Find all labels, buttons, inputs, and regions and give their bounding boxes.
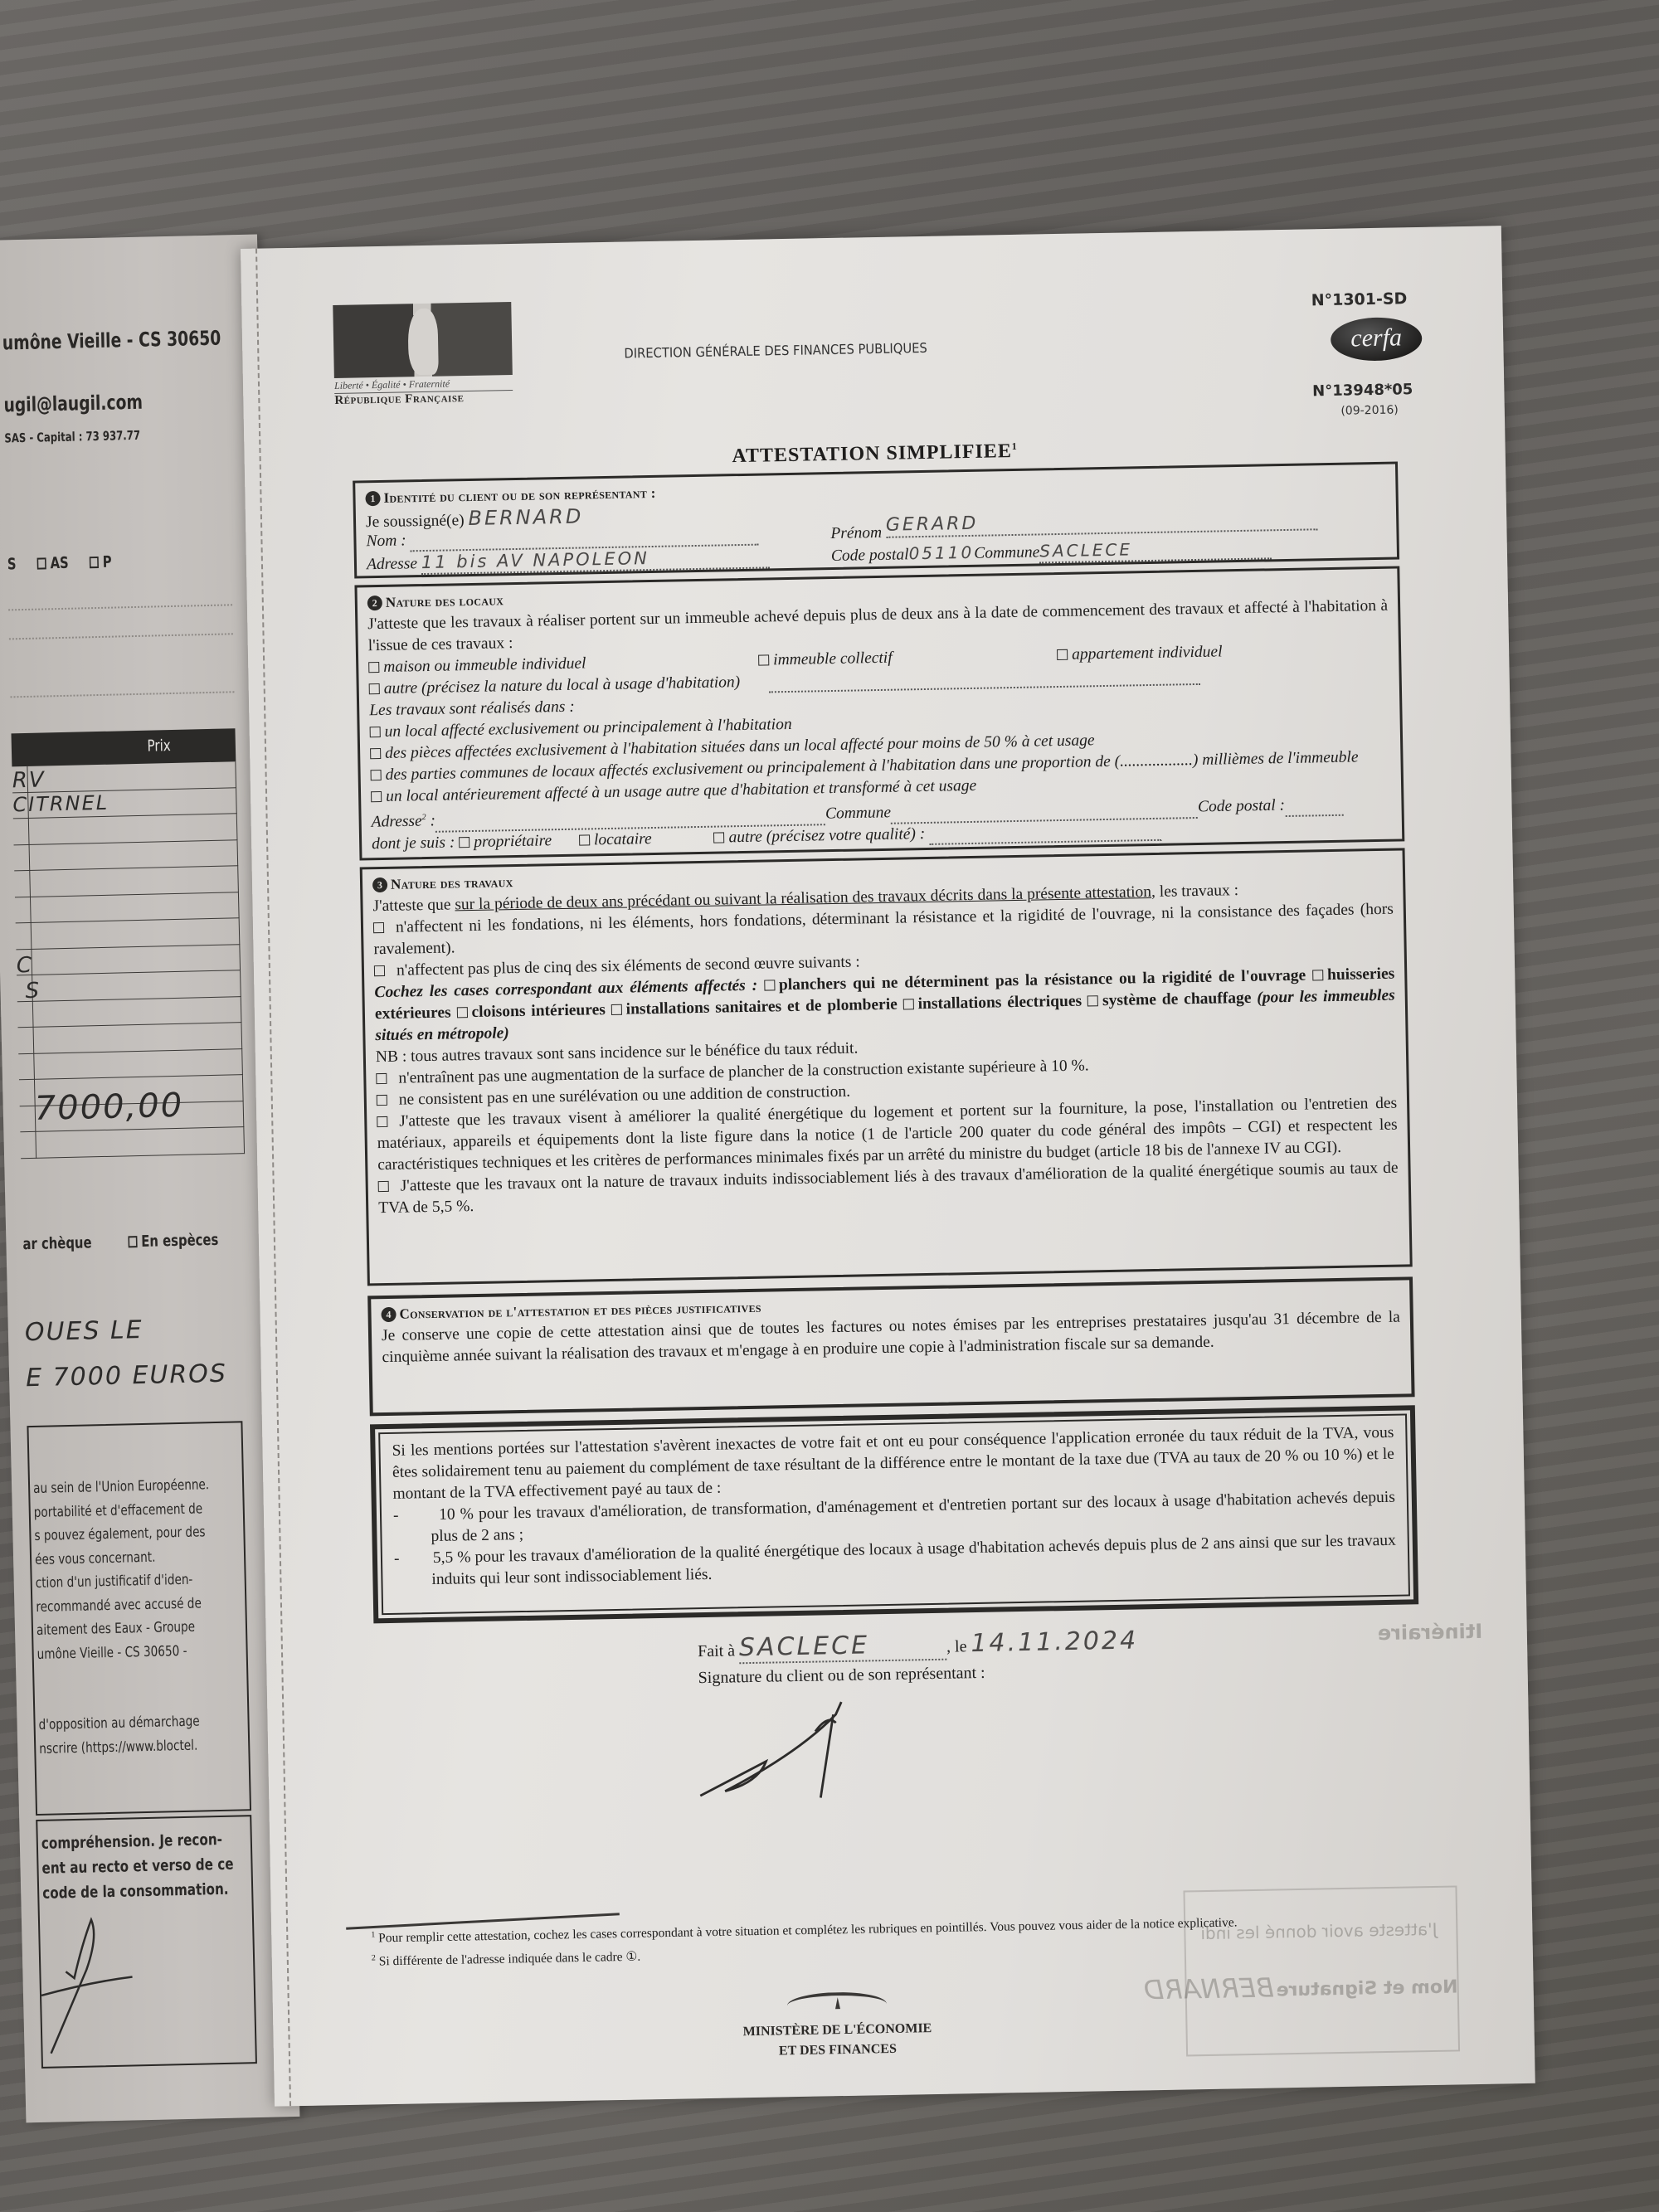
option-locataire[interactable]: locataire [579, 830, 652, 849]
commune-field[interactable]: SACLECE [1039, 536, 1272, 563]
company-address: umône Vieille - CS 30650 [2, 327, 221, 355]
company-capital: SAS - Capital : 73 937.77 [4, 428, 140, 446]
table-row [20, 1127, 245, 1159]
company-email: ugil@laugil.com [3, 391, 143, 417]
privacy-notice-box: au sein de l'Union Européenne. portabili… [27, 1421, 251, 1816]
marianne-icon [333, 302, 513, 378]
section-nature-travaux: 3Nature des travaux J'atteste que sur la… [360, 848, 1413, 1286]
option-proprietaire[interactable]: propriétaire [459, 832, 552, 851]
fait-a-field[interactable]: SACLECE [739, 1630, 947, 1665]
option-immeuble-collectif[interactable]: immeuble collectif [758, 648, 893, 672]
service-checkboxes: S AS P [7, 553, 112, 574]
cerfa-date: (09-2016) [1340, 403, 1399, 417]
cerfa-number: N°13948*05 [1312, 381, 1413, 400]
form-number: N°1301-SD [1311, 289, 1408, 309]
section-nature-locaux: 2Nature des locaux J'atteste que les tra… [354, 566, 1404, 860]
price-column-header: Prix [11, 728, 236, 766]
handwritten-note: E 7000 EUROS [26, 1359, 228, 1393]
autre-qualite-field[interactable] [929, 839, 1161, 844]
republique-francaise-logo: Liberté • Égalité • Fraternité Républiqu… [333, 302, 513, 408]
soussigne-field[interactable]: BERNARD [468, 504, 583, 530]
code-postal-field[interactable]: 05110 [908, 542, 974, 563]
bleed-through-text: BERNARD [1143, 1972, 1274, 2006]
warning-box: Si les mentions portées sur l'attestatio… [370, 1405, 1418, 1623]
handwritten-entry: S [25, 979, 41, 1004]
handwritten-entry: RV [12, 767, 46, 793]
section-client-identity: 1Identité du client ou de son représenta… [353, 461, 1399, 578]
option-maison[interactable]: maison ou immeuble individuel [368, 654, 586, 676]
price-table: Prix RV CITRNEL C S 7000,00 [11, 728, 245, 1158]
element-sanitaires[interactable]: installations sanitaires et de plomberie [611, 996, 898, 1018]
section-conservation: 4Conservation de l'attestation et des pi… [367, 1276, 1414, 1416]
handwritten-note: OUES LE [24, 1315, 144, 1347]
element-electriques[interactable]: installations électriques [902, 993, 1082, 1014]
dotted-line [10, 691, 234, 698]
option-autre-qualite[interactable]: autre (précisez votre qualité) : [713, 824, 925, 846]
client-signature[interactable] [690, 1679, 958, 1808]
acknowledgement-box: compréhension. Je recon- ent au recto et… [36, 1815, 257, 2069]
dotted-line [9, 633, 233, 639]
bleed-through-box [1183, 1885, 1460, 2056]
date-field[interactable]: 14.11.2024 [971, 1626, 1170, 1658]
element-chauffage[interactable]: système de chauffage [1087, 989, 1252, 1010]
handwritten-entry: C [17, 953, 34, 978]
checkbox-as[interactable] [37, 557, 46, 569]
bleed-through-text: Itinéraire [1378, 1620, 1483, 1645]
option-appartement[interactable]: appartement individuel [1057, 641, 1223, 666]
handwritten-entry: CITRNEL [12, 791, 109, 817]
footnote-2: 2 Si différente de l'adresse indiquée da… [372, 1949, 641, 1970]
payment-options: ar chèque En espèces [22, 1231, 218, 1253]
bleed-through-text: Nom et Signature [1276, 1976, 1457, 2001]
checkbox-cash[interactable] [129, 1236, 138, 1247]
place-date-line: Fait à SACLECE, le 14.11.2024 [698, 1626, 1170, 1665]
ministry-arc-icon [787, 1991, 888, 2018]
cerfa-logo-icon: cerfa [1331, 317, 1423, 362]
client-signature-left [40, 1910, 151, 2062]
cerfa-attestation-page: Liberté • Égalité • Fraternité Républiqu… [241, 226, 1535, 2106]
agency-name: DIRECTION GÉNÉRALE DES FINANCES PUBLIQUE… [624, 340, 927, 362]
checkbox-p[interactable] [90, 557, 99, 568]
handwritten-total: 7000,00 [34, 1087, 183, 1128]
element-cloisons[interactable]: cloisons intérieures [456, 1001, 606, 1021]
dotted-line [8, 604, 232, 610]
